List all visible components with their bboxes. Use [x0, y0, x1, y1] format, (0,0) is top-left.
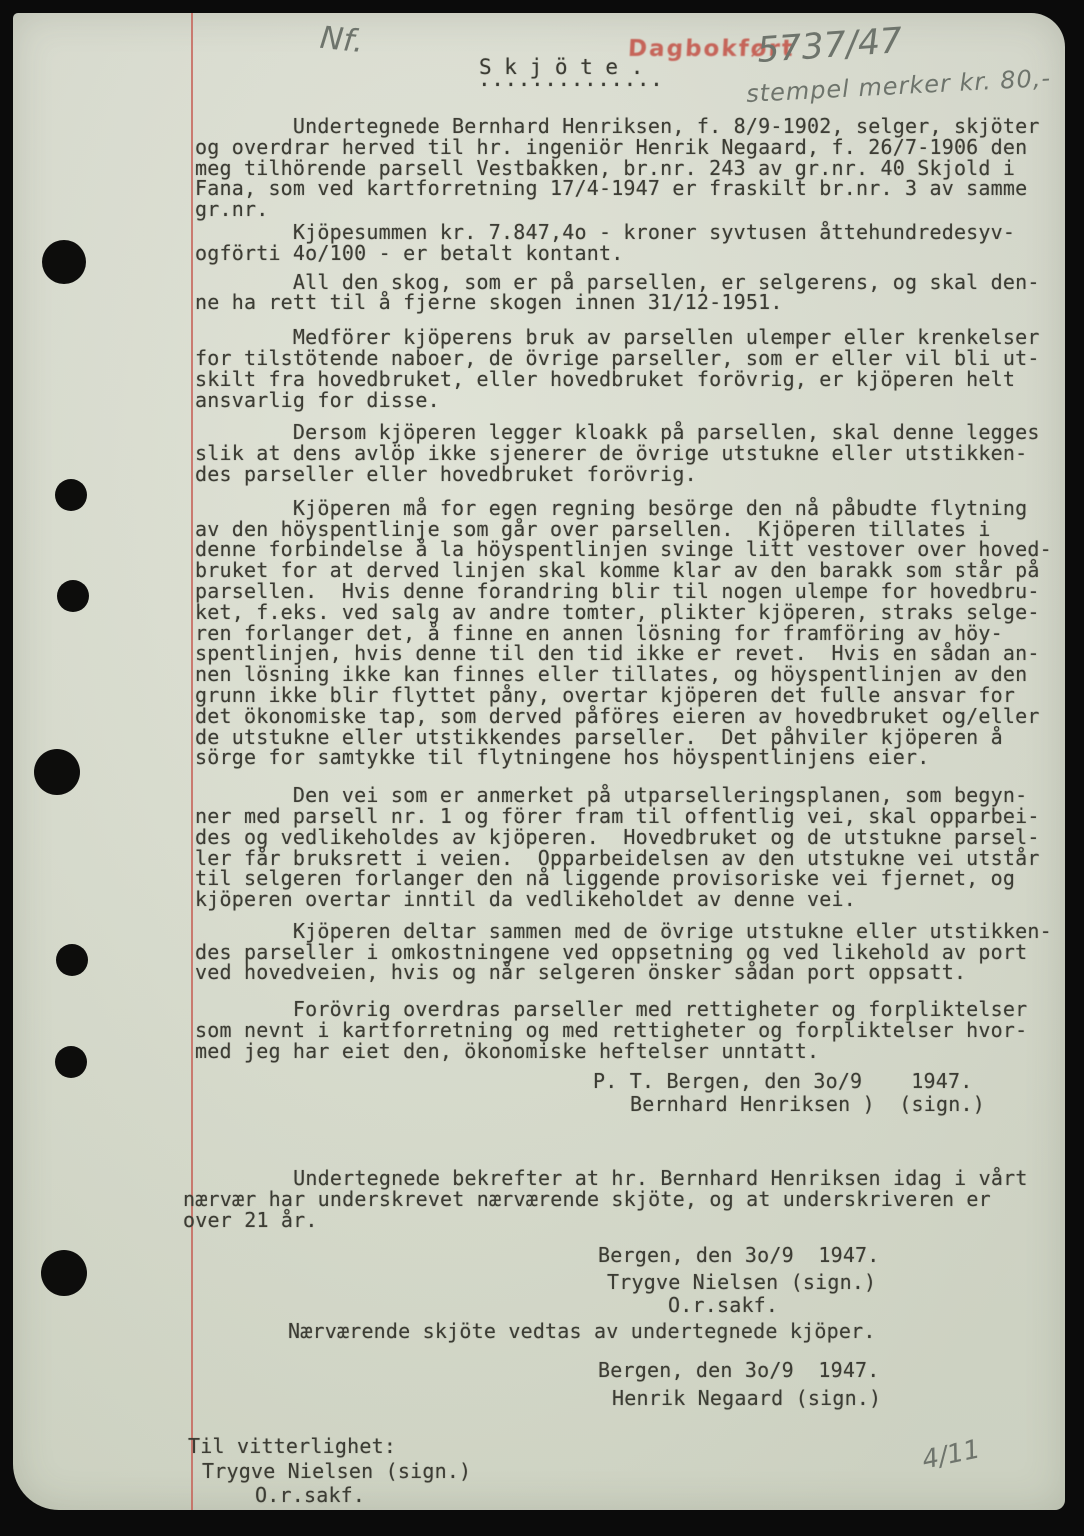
deed-paragraph: Dersom kjöperen legger kloakk på parsell…: [195, 422, 1061, 484]
red-margin-line: [191, 13, 193, 1510]
witness-date-line: Bergen, den 3o/9 1947.: [598, 1245, 880, 1266]
attestation-heading: Til vitterlighet:: [188, 1436, 396, 1457]
deed-paragraph: Kjöpesummen kr. 7.847,4o - kroner syvtus…: [195, 222, 1061, 264]
witness-signature-line: Trygve Nielsen (sign.): [607, 1272, 876, 1293]
attestation-title-line: O.r.sakf.: [255, 1485, 365, 1506]
punch-hole: [41, 1250, 87, 1296]
buyer-acceptance-line: Nærværende skjöte vedtas av undertegnede…: [288, 1321, 876, 1342]
attestation-signature-line: Trygve Nielsen (sign.): [202, 1461, 471, 1482]
punch-hole: [55, 1046, 87, 1078]
deed-paragraph: Kjöperen deltar sammen med de övrige uts…: [195, 921, 1061, 983]
title-underline-dots: ..............: [478, 67, 663, 91]
punch-hole: [34, 749, 80, 795]
punch-hole: [42, 240, 86, 284]
deed-paragraph: Undertegnede Bernhard Henriksen, f. 8/9-…: [195, 116, 1061, 220]
deed-paragraph: All den skog, som er på parsellen, er se…: [195, 272, 1061, 314]
deed-paragraph: Den vei som er anmerket på utparsellerin…: [195, 785, 1061, 910]
witness-confirmation-paragraph: Undertegnede bekrefter at hr. Bernhard H…: [183, 1168, 1028, 1230]
deed-paragraph: Forövrig overdras parseller med rettighe…: [195, 999, 1061, 1061]
deed-paragraph: Medförer kjöperens bruk av parsellen ule…: [195, 327, 1061, 410]
buyer-signature-line: Henrik Negaard (sign.): [612, 1388, 881, 1409]
seller-date-line: P. T. Bergen, den 3o/9 1947.: [593, 1071, 972, 1092]
scanned-deed-page: { "document": { "title": "S k j ö t e ."…: [0, 0, 1084, 1536]
punch-hole: [57, 580, 89, 612]
witness-title-line: O.r.sakf.: [668, 1295, 778, 1316]
seller-signature-line: Bernhard Henriksen ) (sign.): [630, 1094, 985, 1115]
buyer-date-line: Bergen, den 3o/9 1947.: [598, 1360, 880, 1381]
punch-hole: [56, 944, 88, 976]
deed-paragraph: Kjöperen må for egen regning besörge den…: [195, 498, 1061, 768]
pencil-initials-mark: Nf.: [318, 20, 365, 60]
deed-body-text: Undertegnede Bernhard Henriksen, f. 8/9-…: [195, 116, 1061, 1062]
punch-hole: [55, 479, 87, 511]
